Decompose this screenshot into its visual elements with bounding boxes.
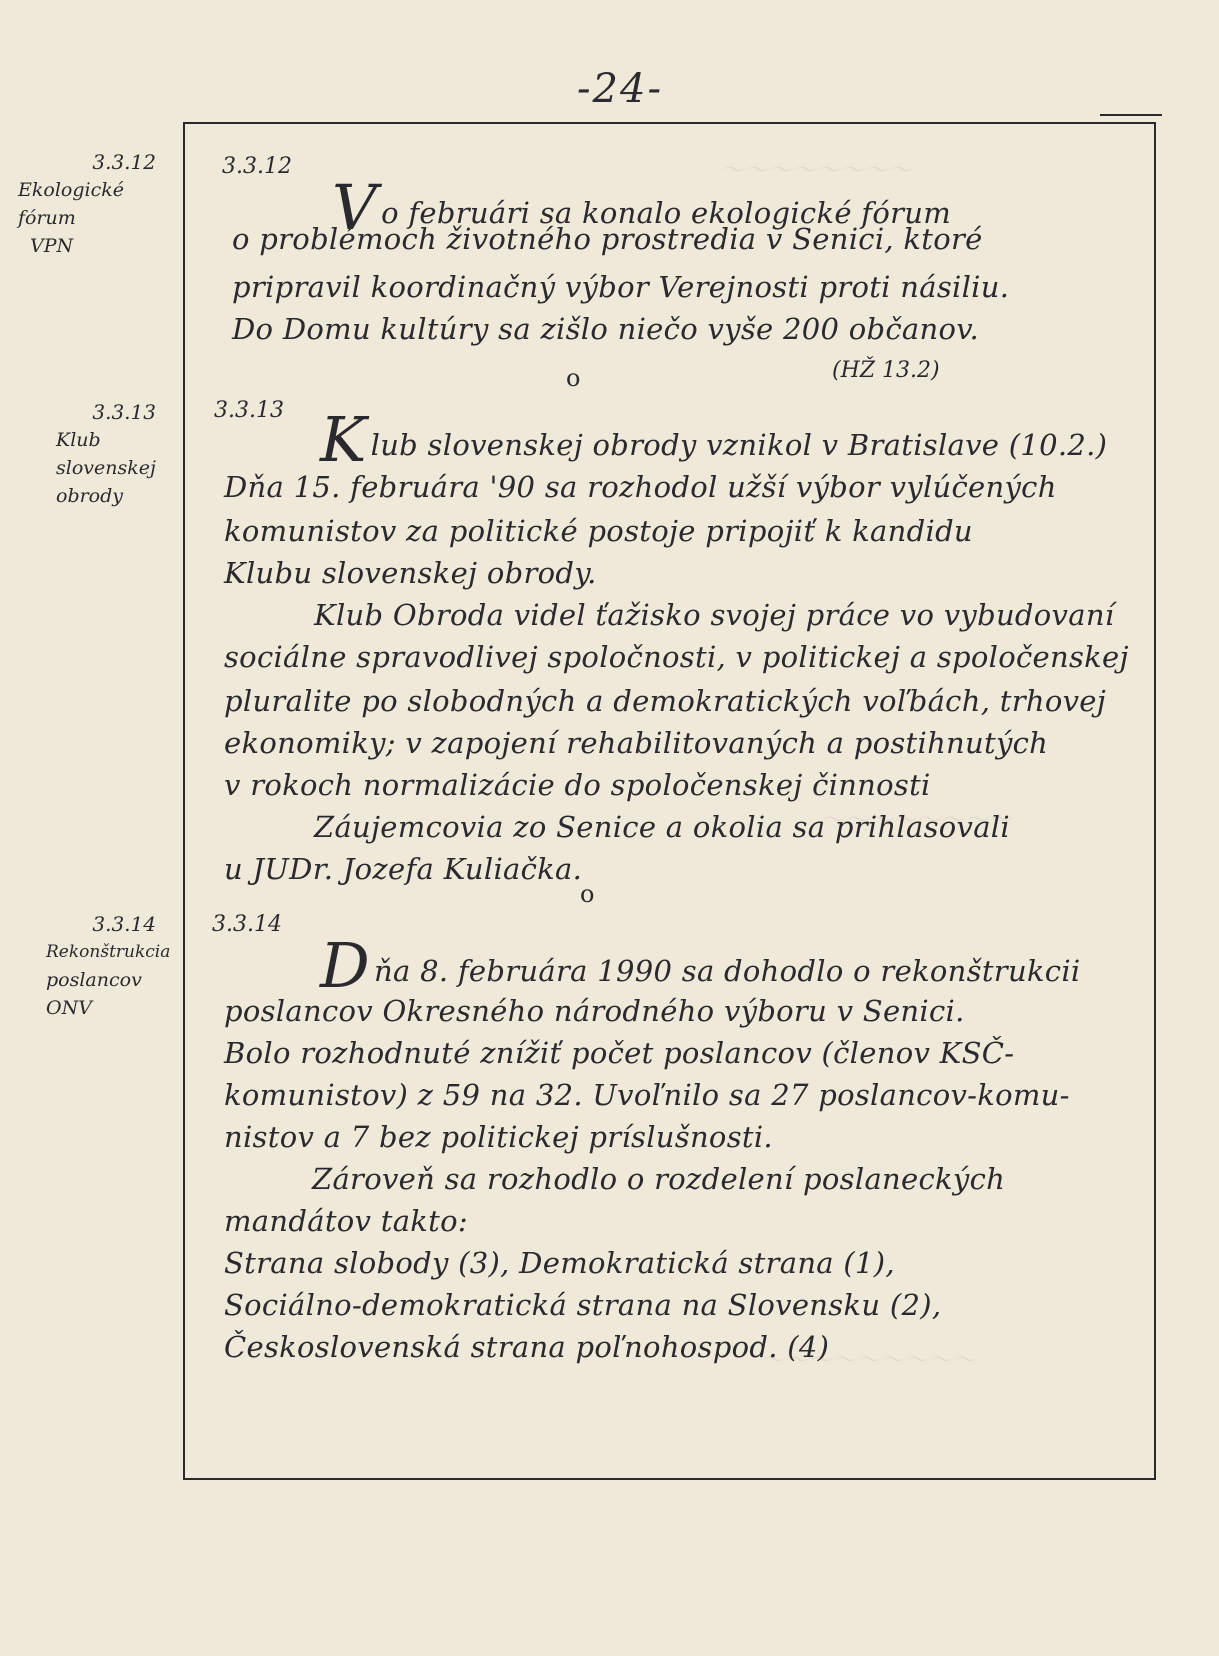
entry-line: Sociálno-demokratická strana na Slovensk… (224, 1288, 941, 1322)
entry-line: Klubu slovenskej obrody. (224, 556, 597, 590)
entry-line: Dňa 15. februára '90 sa rozhodol užší vý… (224, 470, 1057, 504)
entry-line: Zároveň sa rozhodlo o rozdelení poslanec… (312, 1162, 1005, 1196)
entry-line: ekonomiky; v zapojení rehabilitovaných a… (224, 726, 1048, 760)
entry-line: poslancov Okresného národného výboru v S… (224, 994, 965, 1028)
margin-note-line: fórum (18, 204, 168, 232)
margin-note-line: obrody (18, 482, 168, 510)
margin-note-line: VPN (18, 232, 168, 260)
margin-note-3-3-12: 3.3.12 Ekologické fórum VPN (18, 148, 168, 260)
entry-line: pripravil koordinačný výbor Verejnosti p… (232, 270, 1009, 304)
entry-line: mandátov takto: (224, 1204, 468, 1238)
margin-note-3-3-13: 3.3.13 Klub slovenskej obrody (18, 398, 168, 510)
page-number: -24- (560, 66, 680, 112)
margin-note-line: ONV (18, 994, 168, 1022)
entry-line: pluralite po slobodných a demokratických… (224, 684, 1106, 718)
entry-line: Do Domu kultúry sa zišlo niečo vyše 200 … (232, 312, 979, 346)
separator-mark: o (580, 880, 594, 908)
entry-line: komunistov za politické postoje pripojiť… (224, 514, 973, 548)
margin-note-number: 3.3.13 (18, 398, 168, 426)
margin-note-number: 3.3.14 (18, 910, 168, 938)
entry-number: 3.3.14 (212, 912, 282, 937)
margin-note-line: Klub (18, 426, 168, 454)
entry-line: Bolo rozhodnuté znížiť počet poslancov (… (224, 1036, 1014, 1070)
entry-line: Dňa 8. februára 1990 sa dohodlo o rekonš… (320, 946, 1081, 988)
margin-note-line: slovenskej (18, 454, 168, 482)
entry-line: Klub slovenskej obrody vznikol v Bratisl… (320, 420, 1107, 462)
frame-line (1100, 114, 1162, 116)
drop-cap: D (320, 929, 370, 1002)
entry-number: 3.3.13 (214, 398, 284, 423)
entry-line: sociálne spravodlivej spoločnosti, v pol… (224, 640, 1129, 674)
entry-line: u JUDr. Jozefa Kuliačka. (224, 852, 582, 886)
entry-line: Klub Obroda videl ťažisko svojej práce v… (314, 598, 1114, 632)
source-citation: (HŽ 13.2) (832, 358, 940, 383)
drop-cap: K (320, 403, 367, 476)
entry-line: v rokoch normalizácie do spoločenskej či… (224, 768, 931, 802)
margin-note-line: Ekologické (18, 176, 168, 204)
margin-note-line: Rekonštrukcia (18, 938, 168, 966)
separator-mark: o (566, 364, 580, 392)
entry-number: 3.3.12 (222, 154, 292, 179)
entry-line: o problémoch životného prostredia v Seni… (232, 222, 983, 256)
entry-line: Československá strana poľnohospod. (4) (224, 1330, 829, 1364)
entry-line: Záujemcovia zo Senice a okolia sa prihla… (314, 810, 1010, 844)
margin-note-line: poslancov (18, 966, 168, 994)
entry-line: Strana slobody (3), Demokratická strana … (224, 1246, 895, 1280)
entry-line: nistov a 7 bez politickej príslušnosti. (224, 1120, 773, 1154)
entry-line: komunistov) z 59 na 32. Uvoľnilo sa 27 p… (224, 1078, 1070, 1112)
margin-note-number: 3.3.12 (18, 148, 168, 176)
margin-note-3-3-14: 3.3.14 Rekonštrukcia poslancov ONV (18, 910, 168, 1022)
